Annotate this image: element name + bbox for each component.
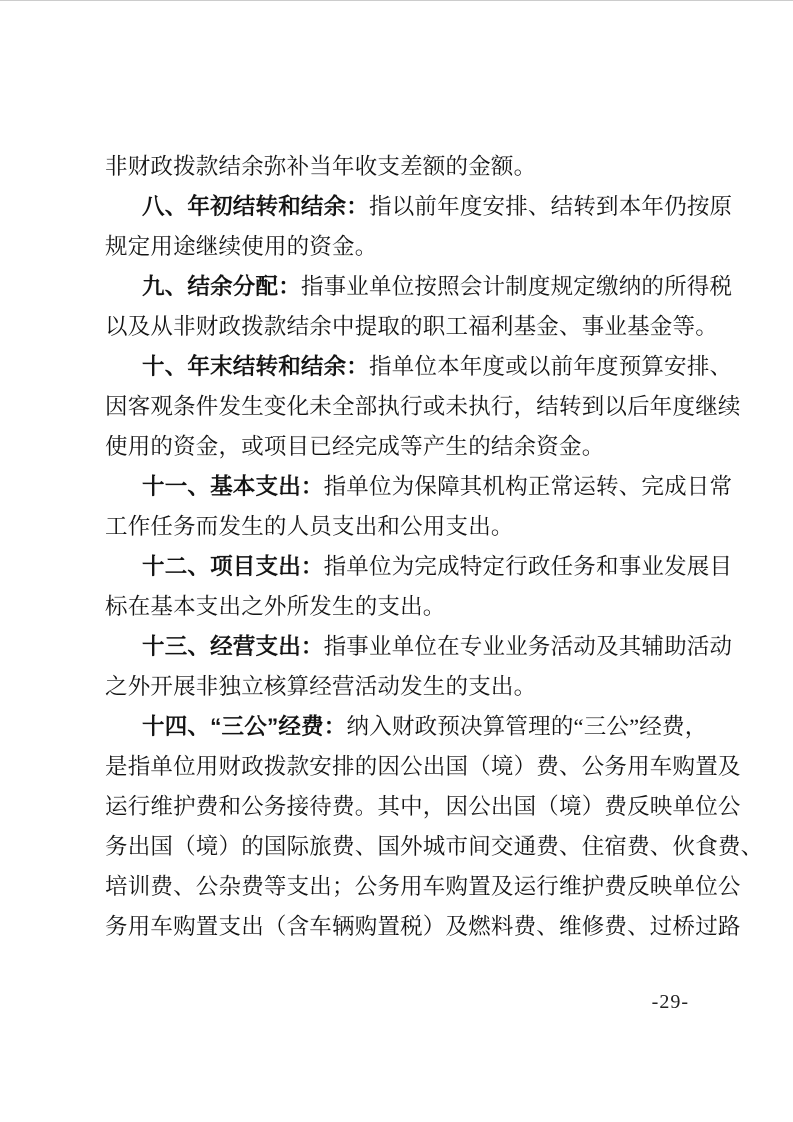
line-text: 运行维护费和公务接待费。其中，因公出国（境）费反映单位公 — [105, 794, 741, 819]
text-line: 规定用途继续使用的资金。 — [105, 227, 753, 267]
text-line: 标在基本支出之外所发生的支出。 — [105, 587, 753, 627]
text-line: 以及从非财政拨款结余中提取的职工福利基金、事业基金等。 — [105, 307, 753, 347]
line-text: 培训费、公杂费等支出；公务用车购置及运行维护费反映单位公 — [105, 874, 741, 899]
line-text: 使用的资金，或项目已经完成等产生的结余资金。 — [105, 434, 604, 459]
text-line: 十四、“三公”经费：纳入财政预决算管理的“三公”经费， — [105, 707, 753, 747]
text-line: 工作任务而发生的人员支出和公用支出。 — [105, 507, 753, 547]
text-line: 务出国（境）的国际旅费、国外城市间交通费、住宿费、伙食费、 — [105, 827, 753, 867]
line-text: 指事业单位在专业业务活动及其辅助活动 — [324, 634, 733, 659]
line-text: 纳入财政预决算管理的“三公”经费， — [347, 714, 708, 739]
term-label: 十四、“三公”经费： — [142, 714, 347, 739]
text-line: 培训费、公杂费等支出；公务用车购置及运行维护费反映单位公 — [105, 867, 753, 907]
line-text: 以及从非财政拨款结余中提取的职工福利基金、事业基金等。 — [105, 314, 718, 339]
line-text: 指以前年度安排、结转到本年仍按原 — [369, 194, 732, 219]
text-line: 因客观条件发生变化未全部执行或未执行，结转到以后年度继续 — [105, 387, 753, 427]
line-text: 指单位为完成特定行政任务和事业发展目 — [324, 554, 733, 579]
line-text: 因客观条件发生变化未全部执行或未执行，结转到以后年度继续 — [105, 394, 741, 419]
term-label: 十一、基本支出： — [142, 474, 324, 499]
term-label: 十三、经营支出： — [142, 634, 324, 659]
line-text: 是指单位用财政拨款安排的因公出国（境）费、公务用车购置及 — [105, 754, 741, 779]
page-number: -29- — [652, 991, 689, 1013]
text-line: 十、年末结转和结余：指单位本年度或以前年度预算安排、 — [105, 347, 753, 387]
line-text: 之外开展非独立核算经营活动发生的支出。 — [105, 674, 536, 699]
line-text: 指单位为保障其机构正常运转、完成日常 — [324, 474, 733, 499]
text-line: 是指单位用财政拨款安排的因公出国（境）费、公务用车购置及 — [105, 747, 753, 787]
text-line: 十一、基本支出：指单位为保障其机构正常运转、完成日常 — [105, 467, 753, 507]
term-label: 九、结余分配： — [142, 274, 301, 299]
text-line: 使用的资金，或项目已经完成等产生的结余资金。 — [105, 427, 753, 467]
text-line: 十三、经营支出：指事业单位在专业业务活动及其辅助活动 — [105, 627, 753, 667]
line-text: 务用车购置支出（含车辆购置税）及燃料费、维修费、过桥过路 — [105, 914, 741, 939]
document-body: 非财政拨款结余弥补当年收支差额的金额。八、年初结转和结余：指以前年度安排、结转到… — [105, 147, 753, 947]
text-line: 八、年初结转和结余：指以前年度安排、结转到本年仍按原 — [105, 187, 753, 227]
line-text: 务出国（境）的国际旅费、国外城市间交通费、住宿费、伙食费、 — [105, 834, 763, 859]
line-text: 标在基本支出之外所发生的支出。 — [105, 594, 446, 619]
text-line: 务用车购置支出（含车辆购置税）及燃料费、维修费、过桥过路 — [105, 907, 753, 947]
line-text: 规定用途继续使用的资金。 — [105, 234, 377, 259]
line-text: 指事业单位按照会计制度规定缴纳的所得税 — [301, 274, 732, 299]
term-label: 十、年末结转和结余： — [142, 354, 369, 379]
line-text: 指单位本年度或以前年度预算安排、 — [369, 354, 732, 379]
line-text: 非财政拨款结余弥补当年收支差额的金额。 — [105, 154, 536, 179]
document-page: 非财政拨款结余弥补当年收支差额的金额。八、年初结转和结余：指以前年度安排、结转到… — [0, 0, 793, 1122]
term-label: 十二、项目支出： — [142, 554, 324, 579]
text-line: 十二、项目支出：指单位为完成特定行政任务和事业发展目 — [105, 547, 753, 587]
text-line: 之外开展非独立核算经营活动发生的支出。 — [105, 667, 753, 707]
line-text: 工作任务而发生的人员支出和公用支出。 — [105, 514, 514, 539]
term-label: 八、年初结转和结余： — [142, 194, 369, 219]
text-line: 运行维护费和公务接待费。其中，因公出国（境）费反映单位公 — [105, 787, 753, 827]
text-line: 九、结余分配：指事业单位按照会计制度规定缴纳的所得税 — [105, 267, 753, 307]
text-line: 非财政拨款结余弥补当年收支差额的金额。 — [105, 147, 753, 187]
